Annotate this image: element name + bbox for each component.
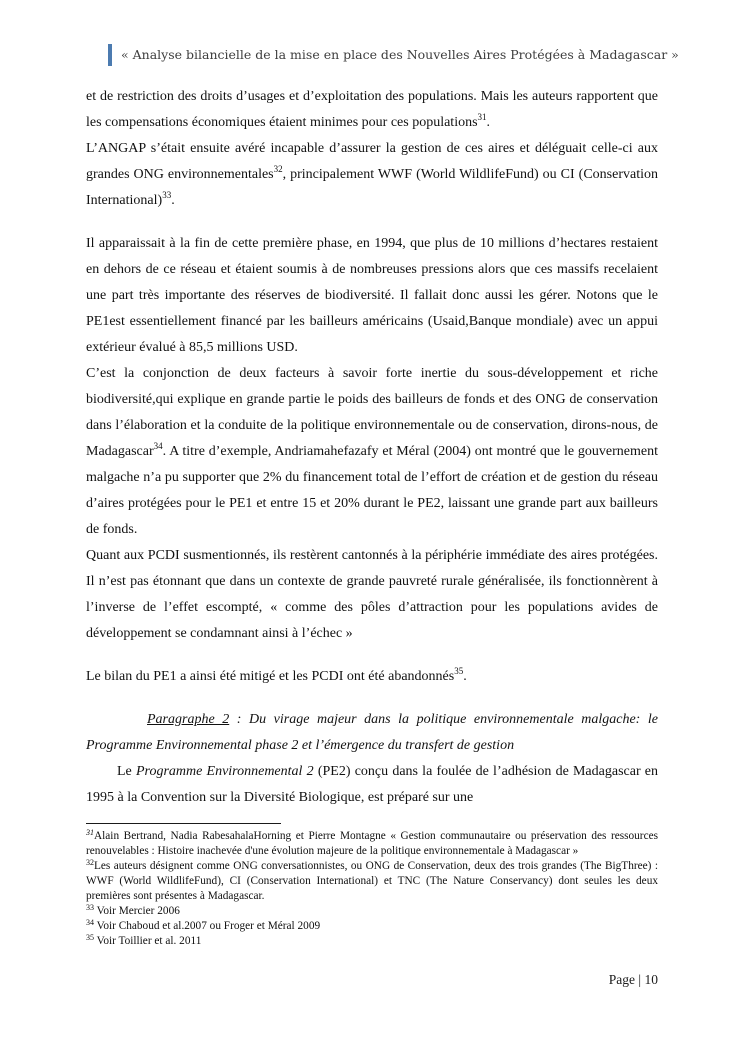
document-page: « Analyse bilancielle de la mise en plac…: [0, 0, 744, 1053]
footnote-separator: [86, 823, 281, 824]
page-header: « Analyse bilancielle de la mise en plac…: [108, 44, 684, 66]
paragraph-pe2: Le Programme Environnemental 2 (PE2) con…: [86, 759, 658, 811]
paragraph-pcdi: Quant aux PCDI susmentionnés, ils restèr…: [86, 543, 658, 647]
paragraph-premiere-phase: Il apparaissait à la fin de cette premiè…: [86, 231, 658, 361]
document-body: et de restriction des droits d’usages et…: [86, 84, 658, 811]
paragraph-conjonction: C’est la conjonction de deux facteurs à …: [86, 361, 658, 543]
paragraph-populations: et de restriction des droits d’usages et…: [86, 84, 658, 136]
paragraph-bilan-pe1: Le bilan du PE1 a ainsi été mitigé et le…: [86, 664, 658, 690]
heading-paragraphe-2: Paragraphe 2 : Du virage majeur dans la …: [86, 707, 658, 759]
footnote-35: 35 Voir Toillier et al. 2011: [86, 934, 658, 949]
footnote-31: 31Alain Bertrand, Nadia RabesahalaHornin…: [86, 829, 658, 859]
paragraph-angap: L’ANGAP s’était ensuite avéré incapable …: [86, 136, 658, 214]
page-number: Page | 10: [609, 972, 658, 988]
running-title: « Analyse bilancielle de la mise en plac…: [121, 47, 679, 62]
footnote-32: 32Les auteurs désignent comme ONG conver…: [86, 859, 658, 904]
footnotes-section: 31Alain Bertrand, Nadia RabesahalaHornin…: [86, 823, 658, 949]
footnote-33: 33 Voir Mercier 2006: [86, 904, 658, 919]
footnote-34: 34 Voir Chaboud et al.2007 ou Froger et …: [86, 919, 658, 934]
